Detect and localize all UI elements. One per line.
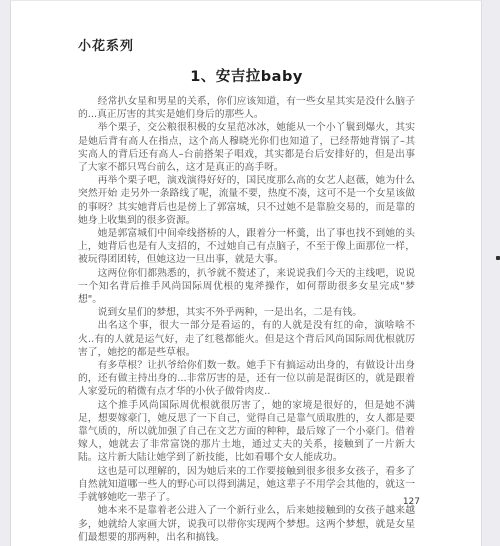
page-number: 127 [403,497,420,507]
paragraph: 说到女星们的梦想，其实不外乎两种，一是出名，二是有钱。 [78,306,415,319]
paragraph: 举个栗子，交公粮很积极的女星范冰冰，她能从一个小丫鬟到爆火，其实是她后背有高人在… [78,121,415,174]
paragraph: 再举个栗子吧，演戏演得好好的，国民度那么高的女艺人赵薇，她为什么突然开始 走另外… [78,174,415,227]
paragraph: 她是郭富城们中间牵线搭桥的人，跟着分一杯羹，出了事也找不到她的头上，她背后也是有… [78,227,415,267]
paragraph: 有多草根？让扒爷给你们数一数。她手下有搞运动出身的，有做设计出身的，还有做主持出… [78,359,415,399]
paragraph: 这两位你们都熟悉的，扒爷就不赘述了，来说说我们今天的主线吧，说说一个知名背后推手… [78,267,415,307]
document-viewer: 小花系列 1、安吉拉baby 经常扒女星和男星的关系，你们应该知道，有一些女星其… [0,0,500,546]
series-title: 小花系列 [78,35,415,54]
paragraph: 她本来不是靠着老公进入了一个新行业么，后来她接触到的女孩子越来越多，她就给人家画… [78,504,415,544]
chapter-heading: 1、安吉拉baby [78,65,415,86]
document-page: 小花系列 1、安吉拉baby 经常扒女星和男星的关系，你们应该知道，有一些女星其… [10,0,482,546]
paragraph: 经常扒女星和男星的关系，你们应该知道，有一些女星其实是没什么脑子的...真正厉害… [78,95,415,121]
edge-marker-dot [496,256,500,260]
paragraph: 出名这个事，很大一部分是看运的，有的人就是没有红的命，演啥啥不火..有的人就是运… [78,319,415,359]
paragraph: 这个推手风尚国际周优根就很厉害了，她的家境是很好的，但是她不满足，想要嫁豪门，她… [78,399,415,465]
paragraph: 这也是可以理解的，因为她后来的工作要接触到很多很多女孩子，看多了自然就知道哪一些… [78,465,415,505]
page-content: 小花系列 1、安吉拉baby 经常扒女星和男星的关系，你们应该知道，有一些女星其… [11,1,481,544]
document-body: 经常扒女星和男星的关系，你们应该知道，有一些女星其实是没什么脑子的...真正厉害… [78,95,415,544]
